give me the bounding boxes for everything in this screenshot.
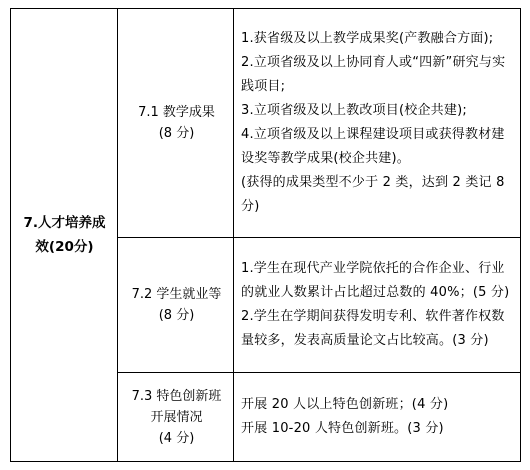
criteria-item: 2.学生在学期间获得发明专利、软件著作权数量较多，发表高质量论文占比较高。(3 … <box>241 305 515 353</box>
criteria-cell-7-1: 1.获省级及以上教学成果奖(产教融合方面); 2.立项省级及以上协同育人或“四新… <box>235 9 521 237</box>
subcategory-title: 7.3 特色创新班 <box>132 386 222 407</box>
subcategory-title: 7.2 学生就业等 <box>132 284 222 305</box>
category-cell: 7.人才培养成 效(20分) <box>11 9 118 461</box>
subcategory-score: (8 分) <box>159 305 195 326</box>
criteria-cell-7-2: 1.学生在现代产业学院依托的合作企业、行业的就业人数累计占比超过总数的 40%；… <box>235 238 521 372</box>
category-label-line2: 效(20分) <box>23 235 105 259</box>
criteria-item: 开展 10-20 人特色创新班。(3 分) <box>241 417 444 441</box>
criteria-cell-7-3: 开展 20 人以上特色创新班；(4 分) 开展 10-20 人特色创新班。(3 … <box>235 373 521 461</box>
subcategory-cell-7-1: 7.1 教学成果 (8 分) <box>119 9 234 237</box>
criteria-item: 3.立项省级及以上教改项目(校企共建); <box>241 99 467 123</box>
criteria-item: 2.立项省级及以上协同育人或“四新”研究与实践项目; <box>241 51 515 99</box>
category-label-line1: 7.人才培养成 <box>23 211 105 235</box>
subcategory-title-line2: 开展情况 <box>150 407 202 428</box>
criteria-item: 1.获省级及以上教学成果奖(产教融合方面); <box>241 27 493 51</box>
subcategory-title: 7.1 教学成果 <box>138 102 215 123</box>
subcategory-cell-7-2: 7.2 学生就业等 (8 分) <box>119 238 234 372</box>
criteria-item: 4.立项省级及以上课程建设项目或获得教材建设奖等教学成果(校企共建)。 <box>241 123 515 171</box>
subcategory-cell-7-3: 7.3 特色创新班 开展情况 (4 分) <box>119 373 234 461</box>
evaluation-table: 7.人才培养成 效(20分) 7.1 教学成果 (8 分) 1.获省级及以上教学… <box>10 8 521 462</box>
criteria-note: (获得的成果类型不少于 2 类，达到 2 类记 8 分) <box>241 171 515 219</box>
subcategory-score: (8 分) <box>159 123 195 144</box>
criteria-item: 开展 20 人以上特色创新班；(4 分) <box>241 393 448 417</box>
subcategory-score: (4 分) <box>159 428 195 449</box>
criteria-item: 1.学生在现代产业学院依托的合作企业、行业的就业人数累计占比超过总数的 40%；… <box>241 257 515 305</box>
